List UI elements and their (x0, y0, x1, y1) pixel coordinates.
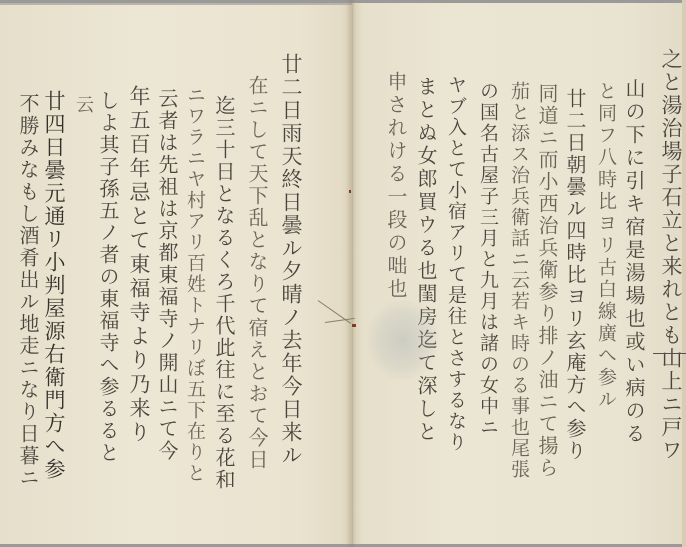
right-column-5: 同道ニ而小西治兵衛参り排ノ油ニて揚ら (537, 83, 557, 479)
left-column-4: ニワラニヤ村アリ百姓トナリぼ五下在りと (185, 85, 204, 484)
page-edge (682, 0, 686, 547)
paper-damage-mark (352, 324, 356, 327)
left-column-8: 云 (74, 95, 92, 114)
right-column-3: と同フ八時比ヨリ古白線廣へ参ル (596, 81, 615, 411)
left-column-2: 在ニして天下乱となりて宿えとおて今日 (247, 75, 267, 471)
left-column-6: 年五百年忌とて東福寺より乃来り (128, 85, 149, 445)
paper-damage-mark (349, 190, 351, 193)
left-column-7: しよ其子孫五ノ者の東福寺へ参るると (98, 90, 118, 464)
left-column-5: 云者は先祖は京都東福寺ノ開山ニて今 (157, 88, 177, 462)
right-column-6: 茄と添ス治兵衛話ニ云若キ時のる事也尾張 (509, 81, 528, 480)
left-column-9: 廿四日曇元通リ小判屋源右衛門方へ参 (43, 90, 64, 481)
right-column-2: 山の下に引キ宿是湯場也或い病のる (624, 78, 644, 446)
right-column-8: ヤブ入とて小宿アリて是往とさするなり (446, 75, 465, 453)
left-page: 廿二日雨天終日曇ル夕晴ノ去年今日来ル 在ニして天下乱となりて宿えとおて今日 迄三… (0, 3, 352, 544)
left-column-10: 不勝みなもし酒肴出ル地走ニなり日暮ニ (18, 93, 38, 489)
right-page: 之と湯治場子石立と来れとも山上ニ戸ワ 山の下に引キ宿是湯場也或い病のる と同フ八… (352, 3, 686, 544)
right-column-9: まとぬ女郎買ウる也閨房迄て深しと (416, 76, 436, 444)
paper-tear-line (653, 353, 686, 354)
open-book: 廿二日雨天終日曇ル夕晴ノ去年今日来ル 在ニして天下乱となりて宿えとおて今日 迄三… (0, 0, 686, 547)
right-column-10: 申されける一段の咄也 (386, 71, 406, 301)
left-column-3: 迄三十日となるくろ千代此往に至る花和 (214, 95, 234, 491)
right-column-7: の国名古屋子三月と九月は諸の女中ニ (478, 81, 497, 438)
right-column-1: 之と湯治場子石立と来れとも山上ニ戸ワ (660, 48, 681, 462)
left-column-1: 廿二日雨天終日曇ル夕晴ノ去年今日来ル (280, 53, 301, 467)
right-column-4: 廿二日朝曇ル四時比ヨリ玄庵方へ参り (565, 88, 585, 462)
